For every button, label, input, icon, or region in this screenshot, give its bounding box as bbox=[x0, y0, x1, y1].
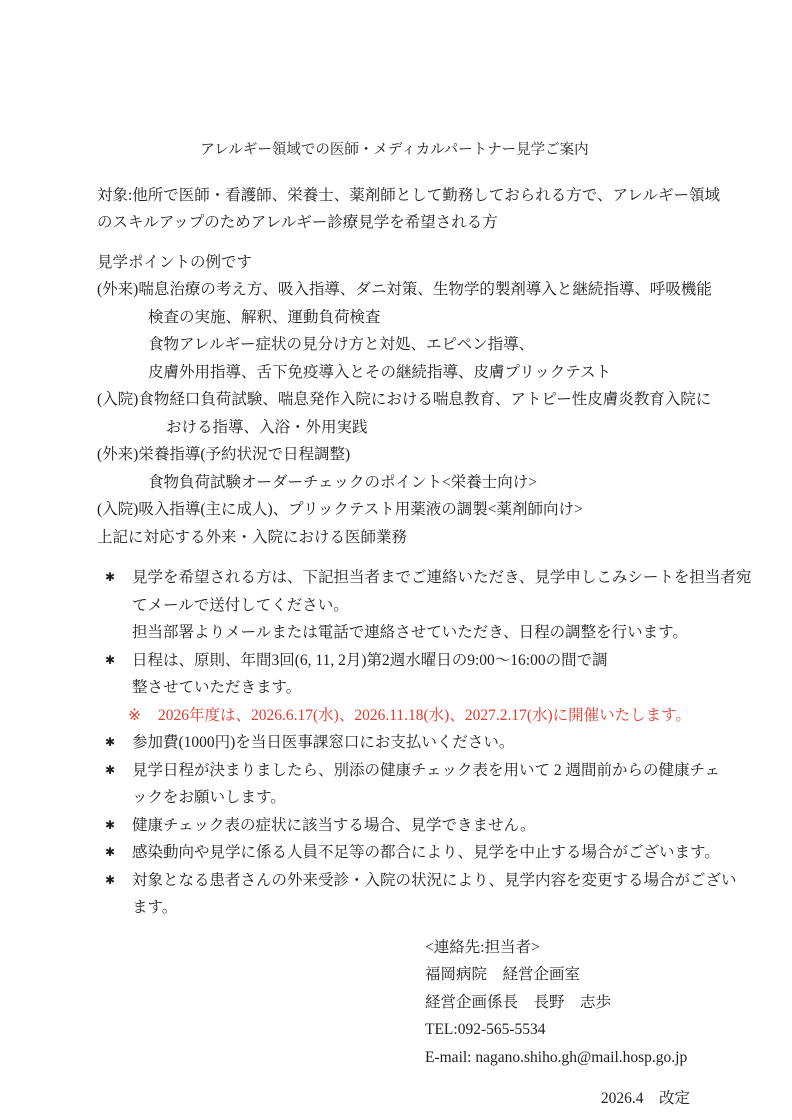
note-item: ✱ 見学を希望される方は、下記担当者までご連絡いただき、見学申しこみシートを担当… bbox=[97, 564, 692, 647]
points-line: (外来)栄養指導(予約状況で日程調整) bbox=[97, 441, 692, 469]
points-line: 食物負荷試験オーダーチェックのポイント<栄養士向け> bbox=[97, 469, 692, 497]
note-item: ✱ 対象となる患者さんの外来受診・入院の状況により、見学内容を変更する場合がござ… bbox=[97, 867, 692, 922]
note-line: ✱ 参加費(1000円)を当日医事課窓口にお支払いください。 bbox=[97, 729, 692, 757]
note-item: ✱ 見学日程が決まりましたら、別添の健康チェック表を用いて 2 週間前からの健康… bbox=[97, 757, 692, 812]
points-line: 検査の実施、解釈、運動負荷検査 bbox=[97, 304, 692, 332]
points-line: 食物アレルギー症状の見分け方と対処、エピペン指導、 bbox=[97, 331, 692, 359]
note-line: ✱ 見学を希望される方は、下記担当者までご連絡いただき、見学申しこみシートを担当… bbox=[97, 564, 692, 592]
contact-tel: TEL:092-565-5534 bbox=[425, 1016, 692, 1044]
points-line: 皮膚外用指導、舌下免疫導入とその継続指導、皮膚プリックテスト bbox=[97, 359, 692, 387]
points-section: 見学ポイントの例です (外来)喘息治療の考え方、吸入指導、ダニ対策、生物学的製剤… bbox=[97, 249, 692, 552]
points-line: (入院)食物経口負荷試験、喘息発作入院における喘息教育、アトピー性皮膚炎教育入院… bbox=[97, 386, 692, 414]
note-item: ✱ 日程は、原則、年間3回(6, 11, 2月)第2週水曜日の9:00〜16:0… bbox=[97, 647, 692, 702]
note-line: ックをお願いします。 bbox=[97, 784, 692, 812]
asterisk-marker-icon: ✱ bbox=[105, 867, 132, 895]
points-line: 上記に対応する外来・入院における医師業務 bbox=[97, 524, 692, 552]
contact-email: E-mail: nagano.shiho.gh@mail.hosp.go.jp bbox=[425, 1044, 692, 1072]
audience-line-1: 対象:他所で医師・看護師、栄養士、薬剤師として勤務しておられる方で、アレルギー領… bbox=[97, 182, 692, 210]
points-line: (外来)喘息治療の考え方、吸入指導、ダニ対策、生物学的製剤導入と継続指導、呼吸機… bbox=[97, 276, 692, 304]
note-line: 担当部署よりメールまたは電話で連絡させていただき、日程の調整を行います。 bbox=[97, 619, 692, 647]
note-line: 整させていただきます。 bbox=[97, 674, 692, 702]
audience-line-2: のスキルアップのためアレルギー診療見学を希望される方 bbox=[97, 209, 692, 237]
spacer bbox=[97, 922, 692, 934]
asterisk-marker-icon: ✱ bbox=[105, 812, 132, 840]
points-line: おける指導、入浴・外用実践 bbox=[97, 414, 692, 442]
notes-section: ✱ 見学を希望される方は、下記担当者までご連絡いただき、見学申しこみシートを担当… bbox=[97, 564, 692, 922]
points-heading: 見学ポイントの例です bbox=[97, 249, 692, 277]
points-line: (入院)吸入指導(主に成人)、プリックテスト用薬液の調製<薬剤師向け> bbox=[97, 496, 692, 524]
asterisk-marker-icon: ✱ bbox=[105, 729, 132, 757]
note-text: 参加費(1000円)を当日医事課窓口にお支払いください。 bbox=[132, 729, 514, 757]
document-page: アレルギー領域での医師・メディカルパートナー見学ご案内 対象:他所で医師・看護師… bbox=[0, 0, 792, 1120]
document-title: アレルギー領域での医師・メディカルパートナー見学ご案内 bbox=[97, 137, 692, 165]
note-line: ます。 bbox=[97, 894, 692, 922]
note-text: 感染動向や見学に係る人員不足等の都合により、見学を中止する場合がございます。 bbox=[132, 839, 720, 867]
note-text: 見学を希望される方は、下記担当者までご連絡いただき、見学申しこみシートを担当者宛 bbox=[132, 564, 751, 592]
note-text: 対象となる患者さんの外来受診・入院の状況により、見学内容を変更する場合がござい bbox=[132, 867, 737, 895]
contact-org: 福岡病院 経営企画室 bbox=[425, 961, 692, 989]
highlight-note: ※ 2026年度は、2026.6.17(水)、2026.11.18(水)、202… bbox=[97, 702, 692, 730]
note-text: 日程は、原則、年間3回(6, 11, 2月)第2週水曜日の9:00〜16:00の… bbox=[132, 647, 608, 675]
highlight-text: 2026年度は、2026.6.17(水)、2026.11.18(水)、2027.… bbox=[158, 702, 691, 730]
note-item: ✱ 感染動向や見学に係る人員不足等の都合により、見学を中止する場合がございます。 bbox=[97, 839, 692, 867]
audience-paragraph: 対象:他所で医師・看護師、栄養士、薬剤師として勤務しておられる方で、アレルギー領… bbox=[97, 182, 692, 237]
asterisk-marker-icon: ✱ bbox=[105, 757, 132, 785]
note-line: ✱ 対象となる患者さんの外来受診・入院の状況により、見学内容を変更する場合がござ… bbox=[97, 867, 692, 895]
asterisk-marker-icon: ✱ bbox=[105, 839, 132, 867]
note-item: ✱ 健康チェック表の症状に該当する場合、見学できません。 bbox=[97, 812, 692, 840]
spacer bbox=[97, 165, 692, 182]
asterisk-marker-icon: ✱ bbox=[105, 564, 132, 592]
contact-person: 経営企画係長 長野 志歩 bbox=[425, 989, 692, 1017]
spacer bbox=[97, 237, 692, 249]
revision-note: 2026.4 改定 bbox=[97, 1085, 692, 1113]
spacer bbox=[97, 551, 692, 564]
note-item: ✱ 参加費(1000円)を当日医事課窓口にお支払いください。 bbox=[97, 729, 692, 757]
contact-heading: <連絡先:担当者> bbox=[425, 934, 692, 962]
note-line: ✱ 見学日程が決まりましたら、別添の健康チェック表を用いて 2 週間前からの健康… bbox=[97, 757, 692, 785]
note-line: ✱ 日程は、原則、年間3回(6, 11, 2月)第2週水曜日の9:00〜16:0… bbox=[97, 647, 692, 675]
note-line: ✱ 健康チェック表の症状に該当する場合、見学できません。 bbox=[97, 812, 692, 840]
note-text: 見学日程が決まりましたら、別添の健康チェック表を用いて 2 週間前からの健康チェ bbox=[132, 757, 720, 785]
spacer bbox=[97, 1071, 692, 1085]
note-line: てメールで送付してください。 bbox=[97, 592, 692, 620]
contact-block: <連絡先:担当者> 福岡病院 経営企画室 経営企画係長 長野 志歩 TEL:09… bbox=[425, 934, 692, 1072]
note-line: ✱ 感染動向や見学に係る人員不足等の都合により、見学を中止する場合がございます。 bbox=[97, 839, 692, 867]
reference-mark-icon: ※ bbox=[128, 702, 158, 730]
asterisk-marker-icon: ✱ bbox=[105, 647, 132, 675]
note-text: 健康チェック表の症状に該当する場合、見学できません。 bbox=[132, 812, 535, 840]
